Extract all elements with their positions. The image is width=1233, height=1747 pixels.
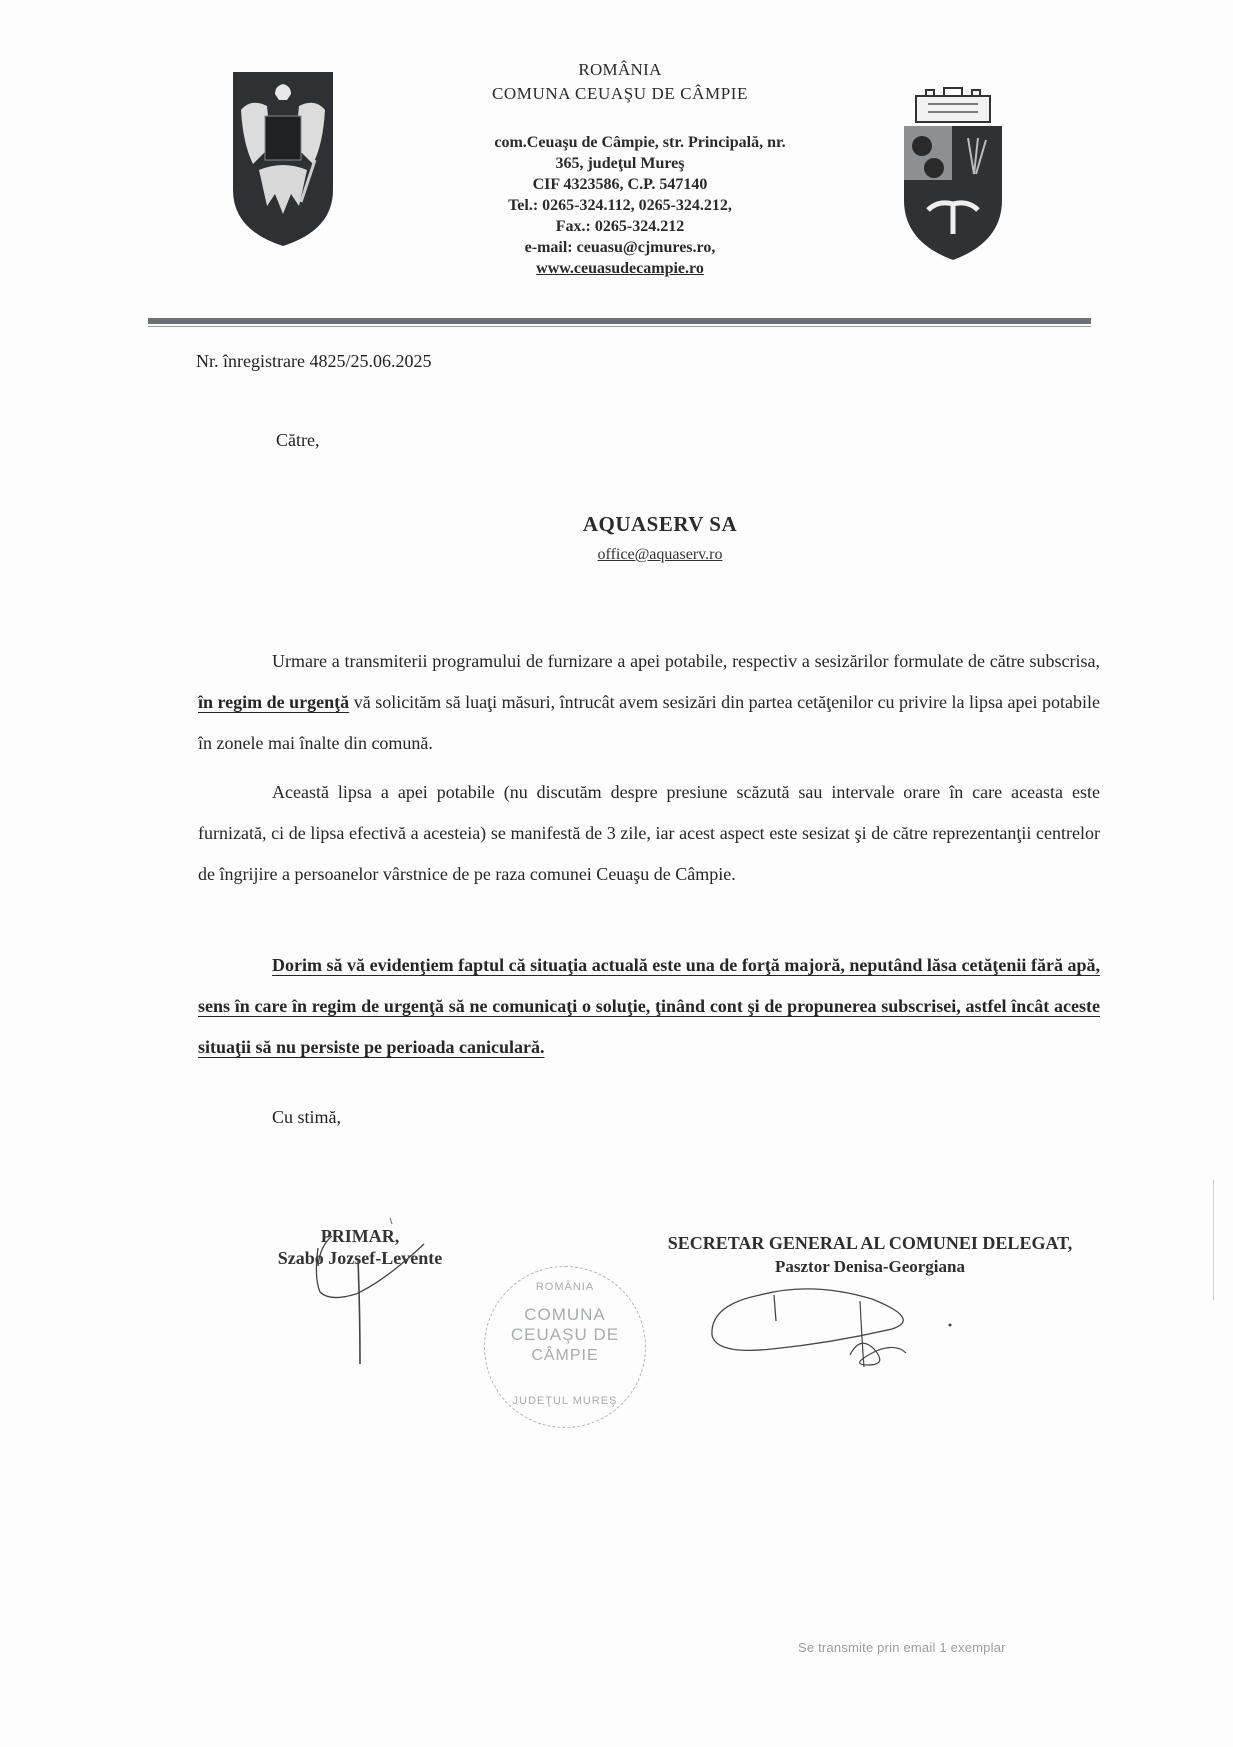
header-fax: Fax.: 0265-324.212 xyxy=(420,216,820,237)
p3-text: Dorim să vă evidenţiem faptul că situaţi… xyxy=(198,955,1100,1057)
romania-coat-of-arms-icon xyxy=(231,70,335,248)
header-email[interactable]: e-mail: ceuasu@cjmures.ro, xyxy=(420,237,820,258)
body-paragraph-2: Această lipsa a apei potabile (nu discut… xyxy=(198,772,1100,895)
stamp-bottom: JUDEŢUL MUREŞ xyxy=(485,1395,645,1407)
header-commune: COMUNA CEUAŞU DE CÂMPIE xyxy=(420,84,820,104)
p1-emphasis: în regim de urgenţă xyxy=(198,692,349,712)
footer-note: Se transmite prin email 1 exemplar xyxy=(798,1640,1006,1655)
salutation-to: Către, xyxy=(276,430,319,451)
scan-edge-mark xyxy=(1213,1180,1214,1300)
body-paragraph-1: Urmare a transmiterii programului de fur… xyxy=(198,641,1100,764)
recipient-name: AQUASERV SA xyxy=(480,512,840,537)
secretary-signature-icon xyxy=(700,1285,960,1375)
registration-number: Nr. înregistrare 4825/25.06.2025 xyxy=(196,351,431,372)
header-contact-block: 365, judeţul Mureş CIF 4323586, C.P. 547… xyxy=(420,153,820,279)
p2-text: Această lipsa a apei potabile (nu discut… xyxy=(198,772,1100,895)
header-phone: Tel.: 0265-324.112, 0265-324.212, xyxy=(420,195,820,216)
mayor-signature-icon xyxy=(280,1200,460,1370)
stamp-top: ROMÂNIA xyxy=(485,1281,645,1293)
stamp-line1: COMUNA xyxy=(485,1305,645,1325)
header-website-link[interactable]: www.ceuasudecampie.ro xyxy=(420,258,820,279)
header-address-line1: com.Ceuaşu de Câmpie, str. Principală, n… xyxy=(440,132,840,153)
header-address-line2: 365, judeţul Mureş xyxy=(420,153,820,174)
header-divider xyxy=(148,318,1091,324)
header-divider-thin xyxy=(148,326,1091,327)
stamp-line2: CEUAŞU DE xyxy=(485,1325,645,1345)
secretary-name: Pasztor Denisa-Georgiana xyxy=(600,1255,1140,1278)
stamp-line3: CÂMPIE xyxy=(485,1347,645,1365)
p1-before: Urmare a transmiterii programului de fur… xyxy=(272,651,1100,671)
body-paragraph-3: Dorim să vă evidenţiem faptul că situaţi… xyxy=(198,945,1100,1068)
official-stamp: ROMÂNIA COMUNA CEUAŞU DE CÂMPIE JUDEŢUL … xyxy=(484,1266,646,1428)
closing: Cu stimă, xyxy=(272,1107,341,1128)
header-fiscal: CIF 4323586, C.P. 547140 xyxy=(420,174,820,195)
recipient-email-link[interactable]: office@aquaserv.ro xyxy=(480,546,840,564)
commune-coat-of-arms-icon xyxy=(898,82,1008,262)
header-country: ROMÂNIA xyxy=(420,60,820,80)
secretary-title: SECRETAR GENERAL AL COMUNEI DELEGAT, xyxy=(600,1232,1140,1255)
signature-block-secretary: SECRETAR GENERAL AL COMUNEI DELEGAT, Pas… xyxy=(600,1232,1140,1278)
